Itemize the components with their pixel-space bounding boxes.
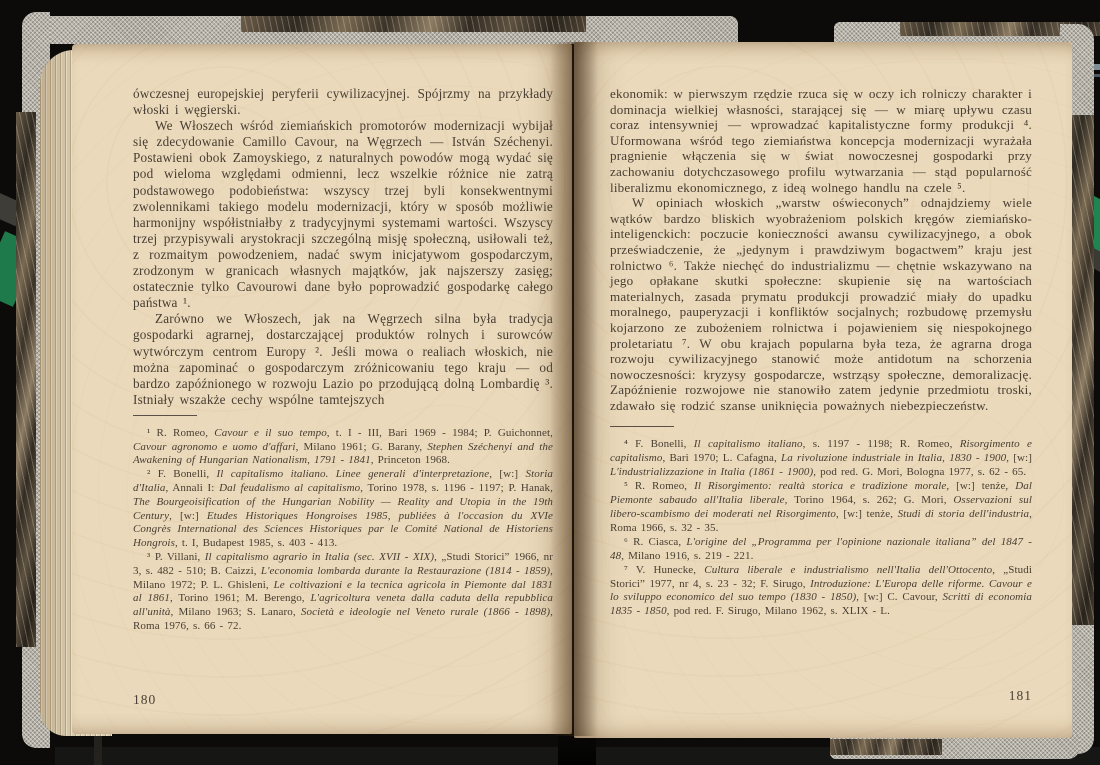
footnote: ⁶ R. Ciasca, L'origine del „Programma pe…: [610, 536, 1032, 564]
paragraph: ówczesnej europejskiej peryferii cywiliz…: [133, 86, 553, 118]
cover-marble-bottom-right: [830, 739, 942, 755]
right-page-text: ekonomik: w pierwszym rzędzie rzuca się …: [610, 86, 1032, 619]
cover-marble-top-left: [241, 16, 586, 32]
right-footnotes: ⁴ F. Bonelli, Il capitalismo italiano, s…: [610, 438, 1032, 619]
footnote: ⁴ F. Bonelli, Il capitalismo italiano, s…: [610, 438, 1032, 480]
left-main-text: ówczesnej europejskiej peryferii cywiliz…: [133, 86, 553, 408]
footnote: ² F. Bonelli, Il capitalismo italiano. L…: [133, 468, 553, 551]
cover-top-edge-left: [36, 16, 738, 44]
cover-marble-edge-left: [16, 112, 36, 647]
paragraph: ekonomik: w pierwszym rzędzie rzuca się …: [610, 86, 1032, 195]
footnote-separator: [610, 426, 674, 427]
left-page-text: ówczesnej europejskiej peryferii cywiliz…: [133, 86, 553, 634]
left-page: ówczesnej europejskiej peryferii cywiliz…: [72, 44, 572, 734]
right-page: ekonomik: w pierwszym rzędzie rzuca się …: [574, 42, 1072, 738]
right-main-text: ekonomik: w pierwszym rzędzie rzuca się …: [610, 86, 1032, 413]
footnote: ⁵ R. Romeo, Il Risorgimento: realtà stor…: [610, 480, 1032, 536]
paragraph: Zarówno we Włoszech, jak na Węgrzech sil…: [133, 311, 553, 408]
footnote-separator: [133, 415, 197, 416]
page-number-left: 180: [133, 692, 156, 708]
scanner-bed-seam: [94, 735, 102, 765]
footnote: ¹ R. Romeo, Cavour e il suo tempo, t. I …: [133, 427, 553, 468]
footnote: ⁷ V. Hunecke, Cultura liberale e industr…: [610, 564, 1032, 620]
paragraph: W opiniach włoskich „warstw oświeconych”…: [610, 195, 1032, 413]
paragraph: We Włoszech wśród ziemiańskich promotoró…: [133, 118, 553, 311]
cover-bottom-edge-right: [830, 735, 1080, 759]
left-footnotes: ¹ R. Romeo, Cavour e il suo tempo, t. I …: [133, 427, 553, 634]
footnote: ³ P. Villani, Il capitalismo agrario in …: [133, 551, 553, 634]
page-number-right: 181: [1009, 688, 1032, 704]
